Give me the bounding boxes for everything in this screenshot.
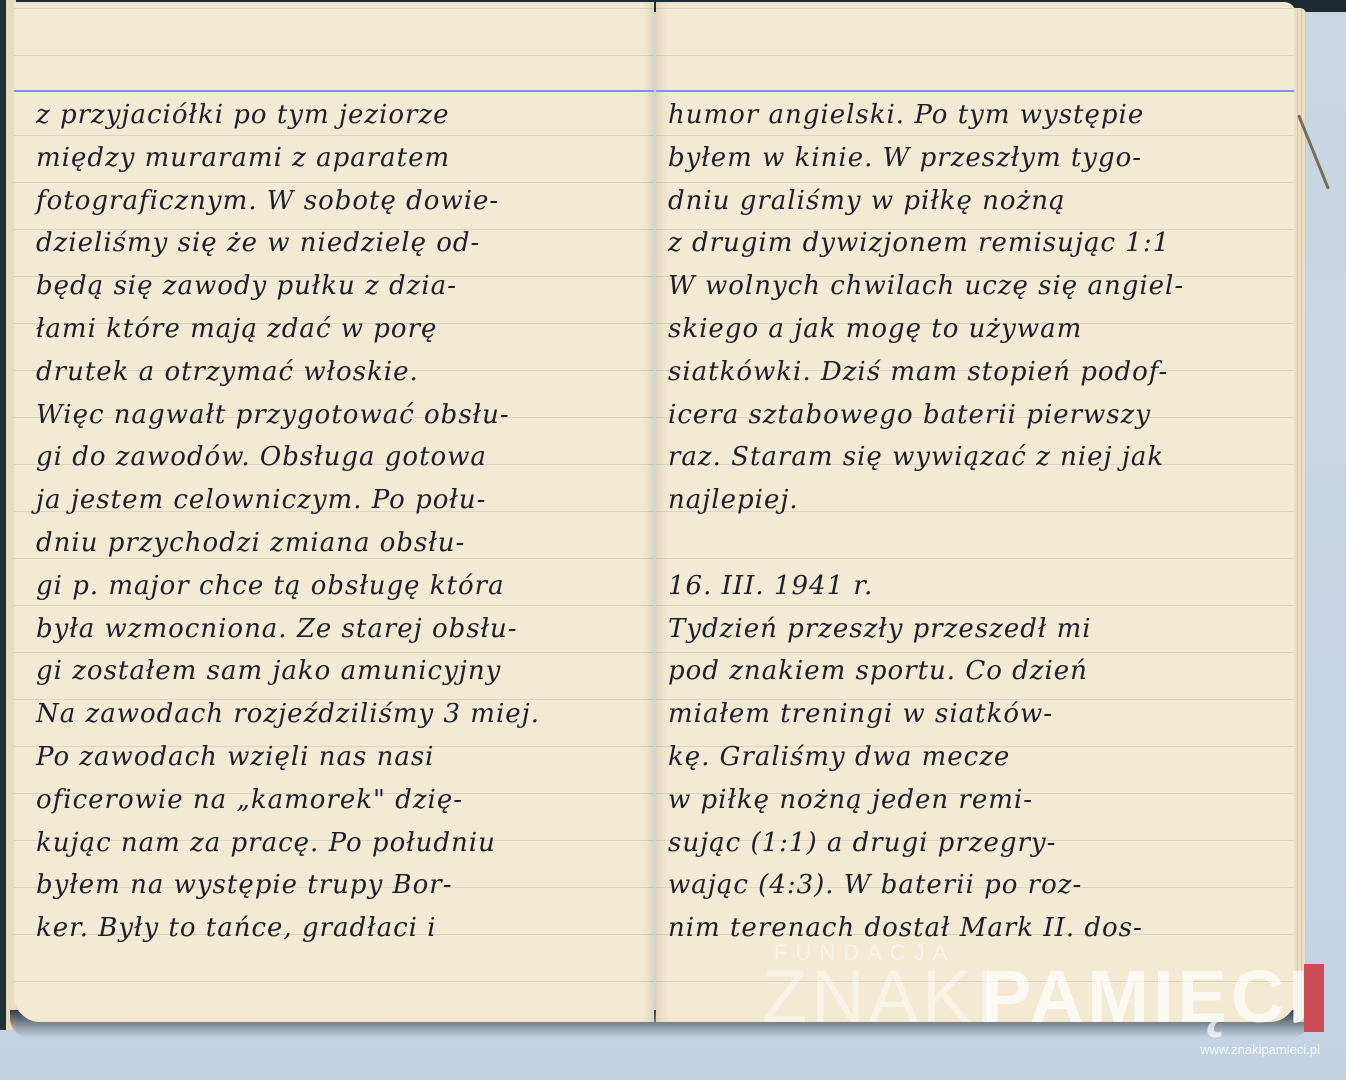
text-line: nim terenach dostał Mark II. dos-	[668, 907, 1280, 950]
text-line: między murarami z aparatem	[36, 137, 638, 180]
text-line: gi do zawodów. Obsługa gotowa	[36, 436, 638, 479]
text-line: gi p. major chce tą obsługę która	[36, 565, 638, 608]
text-line: fotograficznym. W sobotę dowie-	[36, 180, 638, 223]
text-line: siatkówki. Dziś mam stopień podof-	[668, 351, 1280, 394]
blank-line	[668, 522, 1280, 565]
page-stack-edge	[1294, 8, 1306, 1023]
text-line: wając (4:3). W baterii po roz-	[668, 864, 1280, 907]
watermark-url: www.znakipamieci.pl	[1200, 1042, 1320, 1057]
text-line: ja jestem celowniczym. Po połu-	[36, 479, 638, 522]
text-line: Tydzień przeszły przeszedł mi	[668, 608, 1280, 651]
text-line: icera sztabowego baterii pierwszy	[668, 394, 1280, 437]
text-line: drutek a otrzymać włoskie.	[36, 351, 638, 394]
text-line: pod znakiem sportu. Co dzień	[668, 650, 1280, 693]
text-line: z drugim dywizjonem remisując 1:1	[668, 222, 1280, 265]
text-line: byłem na występie trupy Bor-	[36, 864, 638, 907]
text-line: dniu przychodzi zmiana obsłu-	[36, 522, 638, 565]
text-line: oficerowie na „kamorek" dzię-	[36, 779, 638, 822]
text-line: będą się zawody pułku z dzia-	[36, 265, 638, 308]
text-line: byłem w kinie. W przeszłym tygo-	[668, 137, 1280, 180]
text-line: w piłkę nożną jeden remi-	[668, 779, 1280, 822]
text-line: gi zostałem sam jako amunicyjny	[36, 650, 638, 693]
entry-date: 16. III. 1941 r.	[668, 565, 1280, 608]
text-line: W wolnych chwilach uczę się angiel-	[668, 265, 1280, 308]
header-rule	[14, 90, 654, 92]
right-page: humor angielski. Po tym występie byłem w…	[656, 2, 1296, 1022]
right-page-text: humor angielski. Po tym występie byłem w…	[668, 94, 1280, 950]
text-line: skiego a jak mogę to używam	[668, 308, 1280, 351]
text-line: humor angielski. Po tym występie	[668, 94, 1280, 137]
left-page-text: z przyjaciółki po tym jeziorze między mu…	[36, 94, 638, 950]
text-line: kując nam za pracę. Po południu	[36, 822, 638, 865]
text-line: Po zawodach wzięli nas nasi	[36, 736, 638, 779]
text-line: łami które mają zdać w porę	[36, 308, 638, 351]
text-line: Więc nagwałt przygotować obsłu-	[36, 394, 638, 437]
text-line: dzieliśmy się że w niedzielę od-	[36, 222, 638, 265]
text-line: raz. Staram się wywiązać z niej jak	[668, 436, 1280, 479]
text-line: ker. Były to tańce, gradłaci i	[36, 907, 638, 950]
header-rule	[656, 90, 1296, 92]
text-line: sując (1:1) a drugi przegry-	[668, 822, 1280, 865]
text-line: Na zawodach rozjeździliśmy 3 miej.	[36, 693, 638, 736]
left-page: z przyjaciółki po tym jeziorze między mu…	[14, 2, 654, 1022]
text-line: dniu graliśmy w piłkę nożną	[668, 180, 1280, 223]
text-line: kę. Graliśmy dwa mecze	[668, 736, 1280, 779]
text-line: miałem treningi w siatków-	[668, 693, 1280, 736]
text-line: z przyjaciółki po tym jeziorze	[36, 94, 638, 137]
text-line: najlepiej.	[668, 479, 1280, 522]
text-line: była wzmocniona. Ze starej obsłu-	[36, 608, 638, 651]
